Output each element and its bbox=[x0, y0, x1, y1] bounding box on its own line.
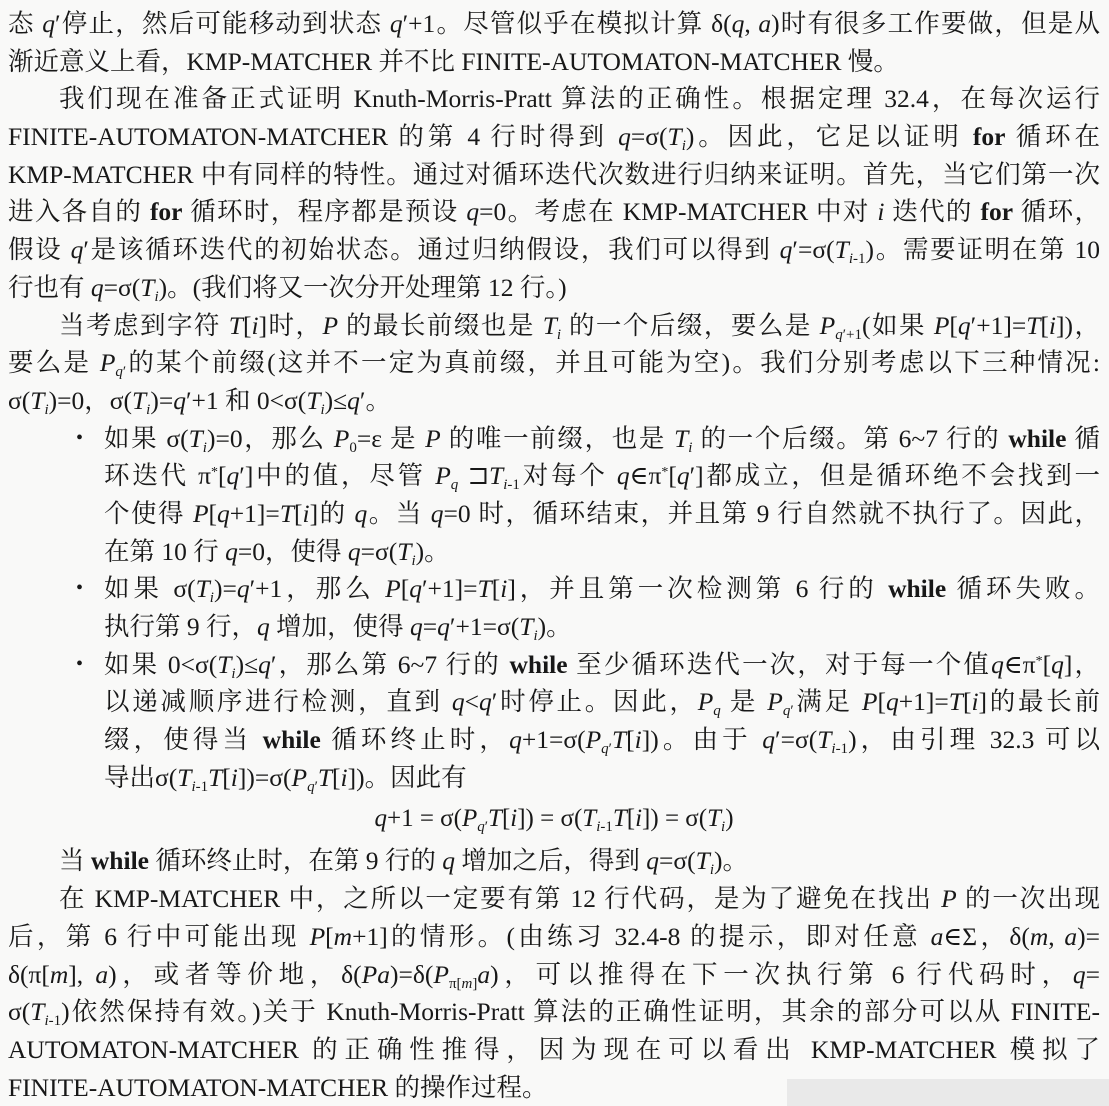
equation-line: q+1 = σ(Pq′T[i]) = σ(Ti-1T[i]) = σ(Ti) bbox=[0, 796, 1109, 842]
paragraph-first-line: 我们现在准备正式证明 Knuth-Morris-Pratt 算法的正确性。根据定… bbox=[0, 80, 1109, 118]
text-line: AUTOMATON-MATCHER 的正确性推得，因为现在可以看出 KMP-MA… bbox=[0, 1031, 1109, 1069]
bullet-icon: • bbox=[76, 646, 83, 684]
text-line: 进入各自的 for 循环时，程序都是预设 q=0。考虑在 KMP-MATCHER… bbox=[0, 193, 1109, 231]
text-line: 态 q′停止，然后可能移动到状态 q′+1。尽管似乎在模拟计算 δ(q, a)时… bbox=[0, 5, 1109, 43]
bullet-cont-line: 执行第 9 行，q 增加，使得 q=q′+1=σ(Ti)。 bbox=[0, 608, 1109, 646]
bullet-cont-line: 个使得 P[q+1]=T[i]的 q。当 q=0 时，循环结束，并且第 9 行自… bbox=[0, 495, 1109, 533]
bullet-cont-line: 缀，使得当 while 循环终止时，q+1=σ(Pq′T[i])。由于 q′=σ… bbox=[0, 721, 1109, 759]
text-line: FINITE-AUTOMATON-MATCHER 的第 4 行时得到 q=σ(T… bbox=[0, 118, 1109, 156]
bullet-cont-line: 在第 10 行 q=0，使得 q=σ(Ti)。 bbox=[0, 533, 1109, 571]
text-line: 行也有 q=σ(Ti)。(我们将又一次分开处理第 12 行。) bbox=[0, 269, 1109, 307]
bullet-cont-line: 以递减顺序进行检测，直到 q<q′时停止。因此，Pq 是 Pq′满足 P[q+1… bbox=[0, 683, 1109, 721]
bullet-text: 如果 0<σ(Ti)≤q′，那么第 6~7 行的 while 至少循环迭代一次，… bbox=[104, 650, 1100, 679]
bullet-item-line: •如果 0<σ(Ti)≤q′，那么第 6~7 行的 while 至少循环迭代一次… bbox=[0, 646, 1109, 684]
text-line: KMP-MATCHER 中有同样的特性。通过对循环迭代次数进行归纳来证明。首先，… bbox=[0, 156, 1109, 194]
text-line: σ(Ti-1)依然保持有效。)关于 Knuth-Morris-Pratt 算法的… bbox=[0, 993, 1109, 1031]
bullet-text: 如果 σ(Ti)=0，那么 P0=ε 是 P 的唯一前缀，也是 Ti 的一个后缀… bbox=[104, 424, 1100, 453]
text-line: σ(Ti)=0，σ(Ti)=q′+1 和 0<σ(Ti)≤q′。 bbox=[0, 382, 1109, 420]
paragraph-first-line: 在 KMP-MATCHER 中，之所以一定要有第 12 行代码，是为了避免在找出… bbox=[0, 880, 1109, 918]
bullet-cont-line: 导出σ(Ti-1T[i])=σ(Pq′T[i])。因此有 bbox=[0, 759, 1109, 797]
paragraph-first-line: 当 while 循环终止时，在第 9 行的 q 增加之后，得到 q=σ(Ti)。 bbox=[0, 842, 1109, 880]
paragraph-first-line: 当考虑到字符 T[i]时，P 的最长前缀也是 Ti 的一个后缀，要么是 Pq′+… bbox=[0, 307, 1109, 345]
text-line: 要么是 Pq′的某个前缀(这并不一定为真前缀，并且可能为空)。我们分别考虑以下三… bbox=[0, 344, 1109, 382]
bullet-text: 如果 σ(Ti)=q′+1，那么 P[q′+1]=T[i]，并且第一次检测第 6… bbox=[104, 574, 1100, 603]
text-line: 后，第 6 行中可能出现 P[m+1]的情形。(由练习 32.4-8 的提示，即… bbox=[0, 918, 1109, 956]
bullet-icon: • bbox=[76, 420, 83, 458]
bullet-cont-line: 环迭代 π*[q′]中的值，尽管 Pq ⊐Ti-1对每个 q∈π*[q′]都成立… bbox=[0, 457, 1109, 495]
bullet-item-line: •如果 σ(Ti)=q′+1，那么 P[q′+1]=T[i]，并且第一次检测第 … bbox=[0, 570, 1109, 608]
book-page: 态 q′停止，然后可能移动到状态 q′+1。尽管似乎在模拟计算 δ(q, a)时… bbox=[0, 0, 1109, 1106]
text-line: 渐近意义上看，KMP-MATCHER 并不比 FINITE-AUTOMATON-… bbox=[0, 43, 1109, 81]
bullet-item-line: •如果 σ(Ti)=0，那么 P0=ε 是 P 的唯一前缀，也是 Ti 的一个后… bbox=[0, 420, 1109, 458]
scan-shade-artifact bbox=[787, 1079, 1109, 1106]
text-line: δ(π[m], a)，或者等价地，δ(Pa)=δ(Pπ[m]a)，可以推得在下一… bbox=[0, 956, 1109, 994]
bullet-icon: • bbox=[76, 570, 83, 608]
text-line: 假设 q′是该循环迭代的初始状态。通过归纳假设，我们可以得到 q′=σ(Ti-1… bbox=[0, 231, 1109, 269]
